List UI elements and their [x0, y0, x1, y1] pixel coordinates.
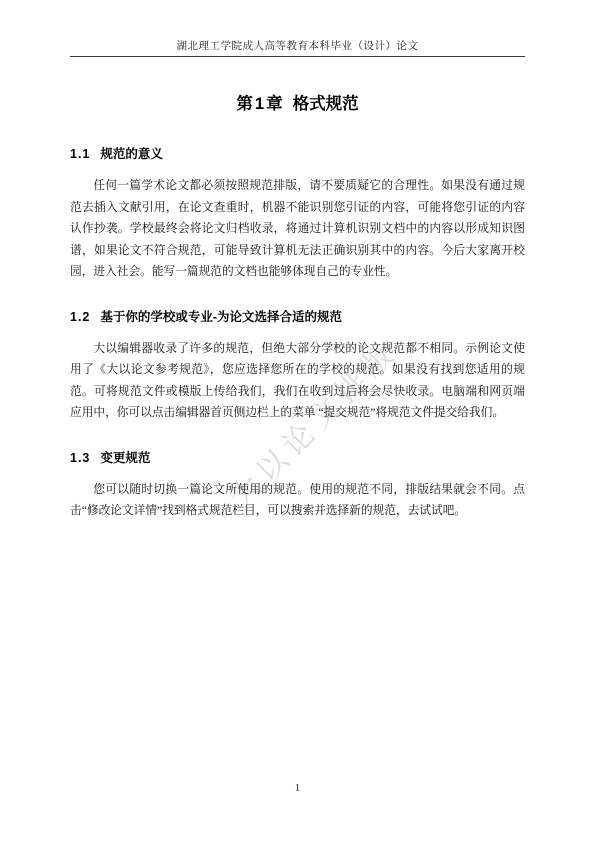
page-number: 1	[295, 783, 300, 794]
page-header: 湖北理工学院成人高等教育本科毕业（设计）论文	[70, 40, 525, 57]
header-text: 湖北理工学院成人高等教育本科毕业（设计）论文	[177, 41, 419, 52]
section-1-2-paragraph: 大以编辑器收录了许多的规范，但绝大部分学校的论文规范都不相同。示例论文使用了《大…	[70, 338, 525, 424]
section-1-3-number: 1.3	[70, 451, 90, 465]
chapter-name: 格式规范	[293, 95, 359, 113]
section-1-2-title: 基于你的学校或专业-为论文选择合适的规范	[100, 310, 342, 324]
page-footer: 1	[0, 783, 595, 794]
section-1-3: 1.3变更规范 您可以随时切换一篇论文所使用的规范。使用的规范不同，排版结果就会…	[70, 448, 525, 522]
chapter-number: 第1章	[236, 95, 284, 113]
section-1-3-title: 变更规范	[100, 451, 150, 465]
section-1-2-heading: 1.2基于你的学校或专业-为论文选择合适的规范	[70, 307, 525, 325]
section-1-1-heading: 1.1规范的意义	[70, 144, 525, 162]
section-1-1-title: 规范的意义	[100, 147, 163, 161]
document-page: 湖北理工学院成人高等教育本科毕业（设计）论文 大以论文排版 第1章格式规范 1.…	[0, 0, 595, 842]
chapter-title: 第1章格式规范	[70, 90, 525, 114]
section-1-1: 1.1规范的意义 任何一篇学术论文都必须按照规范排版，请不要质疑它的合理性。如果…	[70, 144, 525, 283]
section-1-1-paragraph: 任何一篇学术论文都必须按照规范排版，请不要质疑它的合理性。如果没有通过规范去插入…	[70, 175, 525, 283]
section-1-3-heading: 1.3变更规范	[70, 448, 525, 466]
section-1-1-number: 1.1	[70, 147, 90, 161]
section-1-2-number: 1.2	[70, 310, 90, 324]
section-1-3-paragraph: 您可以随时切换一篇论文所使用的规范。使用的规范不同，排版结果就会不同。点击“修改…	[70, 479, 525, 522]
document-content: 第1章格式规范 1.1规范的意义 任何一篇学术论文都必须按照规范排版，请不要质疑…	[70, 90, 525, 522]
section-1-2: 1.2基于你的学校或专业-为论文选择合适的规范 大以编辑器收录了许多的规范，但绝…	[70, 307, 525, 424]
